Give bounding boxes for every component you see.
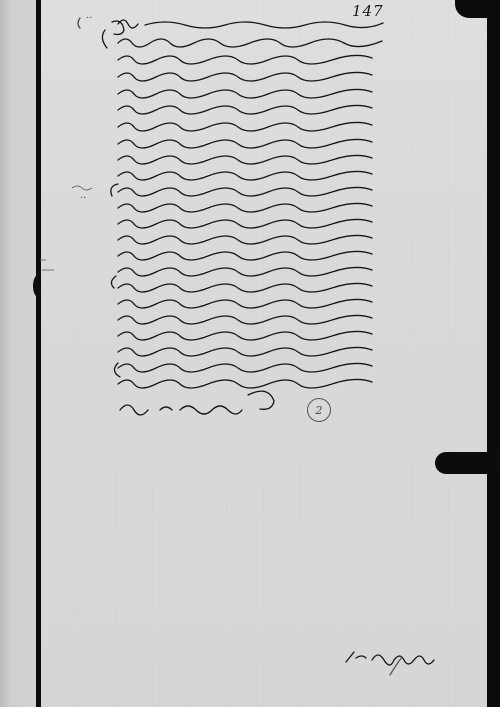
archive-stamp: 2: [307, 398, 331, 422]
handwritten-text-block: [0, 0, 500, 707]
margin-note: ..: [80, 190, 86, 201]
document-scan: 147: [0, 0, 500, 707]
margin-note: ..: [86, 10, 92, 21]
stamp-glyph: 2: [316, 404, 323, 417]
